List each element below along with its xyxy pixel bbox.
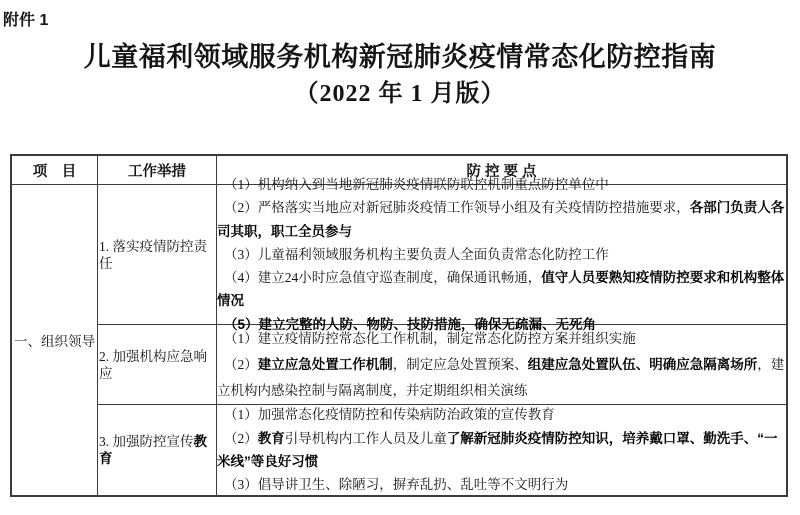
point-paragraph: （4）建立24小时应急值守巡查制度，确保通讯畅通，值守人员要熟知疫情防控要求和机…	[217, 266, 785, 313]
point-paragraph: （2）教育引导机构内工作人员及儿童了解新冠肺炎疫情防控知识，培养戴口罩、勤洗手、…	[217, 427, 785, 474]
point-segment: （2）严格落实当地应对新冠肺炎疫情工作领导小组及有关疫情防控措施要求，	[224, 200, 690, 215]
group-cell: 一、组织领导	[12, 185, 98, 495]
measure-cell: 3. 加强防控宣传教育	[98, 405, 217, 495]
measure-label: 3. 加强防控宣传教育	[99, 433, 216, 467]
measure-cell: 2. 加强机构应急响应	[98, 325, 217, 404]
point-segment: （1）建立疫情防控常态化工作机制，制定常态化防控方案并组织实施	[224, 331, 636, 346]
point-paragraph: （3）儿童福利领域服务机构主要负责人全面负责常态化防控工作	[217, 243, 785, 266]
point-segment: （4）建立24小时应急值守巡查制度，确保通讯畅通，	[224, 270, 541, 285]
table-row: 1. 落实疫情防控责任（1）机构纳入到当地新冠肺炎疫情联防联控机制重点防控单位中…	[98, 185, 786, 325]
point-segment: （2）	[224, 357, 258, 372]
table-row: 2. 加强机构应急响应（1）建立疫情防控常态化工作机制，制定常态化防控方案并组织…	[98, 325, 786, 405]
attachment-label: 附件 1	[3, 7, 48, 30]
page-title: 儿童福利领域服务机构新冠肺炎疫情常态化防控指南	[0, 38, 800, 76]
point-paragraph: （2）建立应急处置工作机制，制定应急处置预案、组建应急处置队伍、明确应急隔离场所…	[217, 352, 785, 404]
points-cell: （1）加强常态化疫情防控和传染病防治政策的宣传教育（2）教育引导机构内工作人员及…	[217, 405, 786, 495]
point-paragraph: （3）倡导讲卫生、除陋习，摒弃乱扔、乱吐等不文明行为	[217, 473, 785, 496]
header-cell-item: 项 目	[12, 156, 98, 184]
point-segment: 3. 加强防控宣传	[99, 434, 194, 449]
group-label: 一、组织领导	[14, 330, 95, 350]
point-segment: ，制定应急处置预案、	[393, 357, 528, 372]
measure-cell: 1. 落实疫情防控责任	[98, 185, 217, 324]
document-title-block: 儿童福利领域服务机构新冠肺炎疫情常态化防控指南 （2022 年 1 月版）	[0, 38, 800, 112]
point-segment: 引导机构内工作人员及儿童	[285, 431, 447, 446]
point-paragraph: （1）建立疫情防控常态化工作机制，制定常态化防控方案并组织实施	[217, 326, 785, 352]
points-cell: （1）机构纳入到当地新冠肺炎疫情联防联控机制重点防控单位中（2）严格落实当地应对…	[217, 185, 786, 324]
point-segment: （1）机构纳入到当地新冠肺炎疫情联防联控机制重点防控单位中	[224, 177, 609, 192]
point-paragraph: （1）加强常态化疫情防控和传染病防治政策的宣传教育	[217, 403, 785, 426]
point-segment: （1）加强常态化疫情防控和传染病防治政策的宣传教育	[224, 407, 555, 422]
point-paragraph: （2）严格落实当地应对新冠肺炎疫情工作领导小组及有关疫情防控措施要求，各部门负责…	[217, 196, 785, 243]
point-segment: （2）	[224, 431, 258, 446]
point-segment: 组建应急处置队伍、明确应急隔离场所	[528, 357, 758, 372]
point-segment: 建立应急处置工作机制	[258, 357, 393, 372]
table-row: 3. 加强防控宣传教育（1）加强常态化疫情防控和传染病防治政策的宣传教育（2）教…	[98, 405, 786, 495]
page-subtitle: （2022 年 1 月版）	[0, 76, 800, 112]
point-segment: （3）儿童福利领域服务机构主要负责人全面负责常态化防控工作	[224, 247, 609, 262]
measure-label: 2. 加强机构应急响应	[99, 348, 216, 382]
header-cell-measure: 工作举措	[98, 156, 217, 184]
table-body: 一、组织领导 1. 落实疫情防控责任（1）机构纳入到当地新冠肺炎疫情联防联控机制…	[12, 185, 786, 495]
points-cell: （1）建立疫情防控常态化工作机制，制定常态化防控方案并组织实施（2）建立应急处置…	[217, 325, 786, 404]
point-segment: 教育	[258, 431, 285, 446]
point-segment: 2. 加强机构应急响应	[99, 349, 207, 381]
measure-rows: 1. 落实疫情防控责任（1）机构纳入到当地新冠肺炎疫情联防联控机制重点防控单位中…	[98, 185, 786, 495]
point-segment: 1. 落实疫情防控责任	[99, 239, 207, 271]
point-paragraph: （1）机构纳入到当地新冠肺炎疫情联防联控机制重点防控单位中	[217, 173, 785, 196]
measure-label: 1. 落实疫情防控责任	[99, 238, 216, 272]
guide-table: 项 目 工作举措 防 控 要 点 一、组织领导 1. 落实疫情防控责任（1）机构…	[10, 154, 788, 497]
point-segment: （3）倡导讲卫生、除陋习，摒弃乱扔、乱吐等不文明行为	[224, 477, 568, 492]
